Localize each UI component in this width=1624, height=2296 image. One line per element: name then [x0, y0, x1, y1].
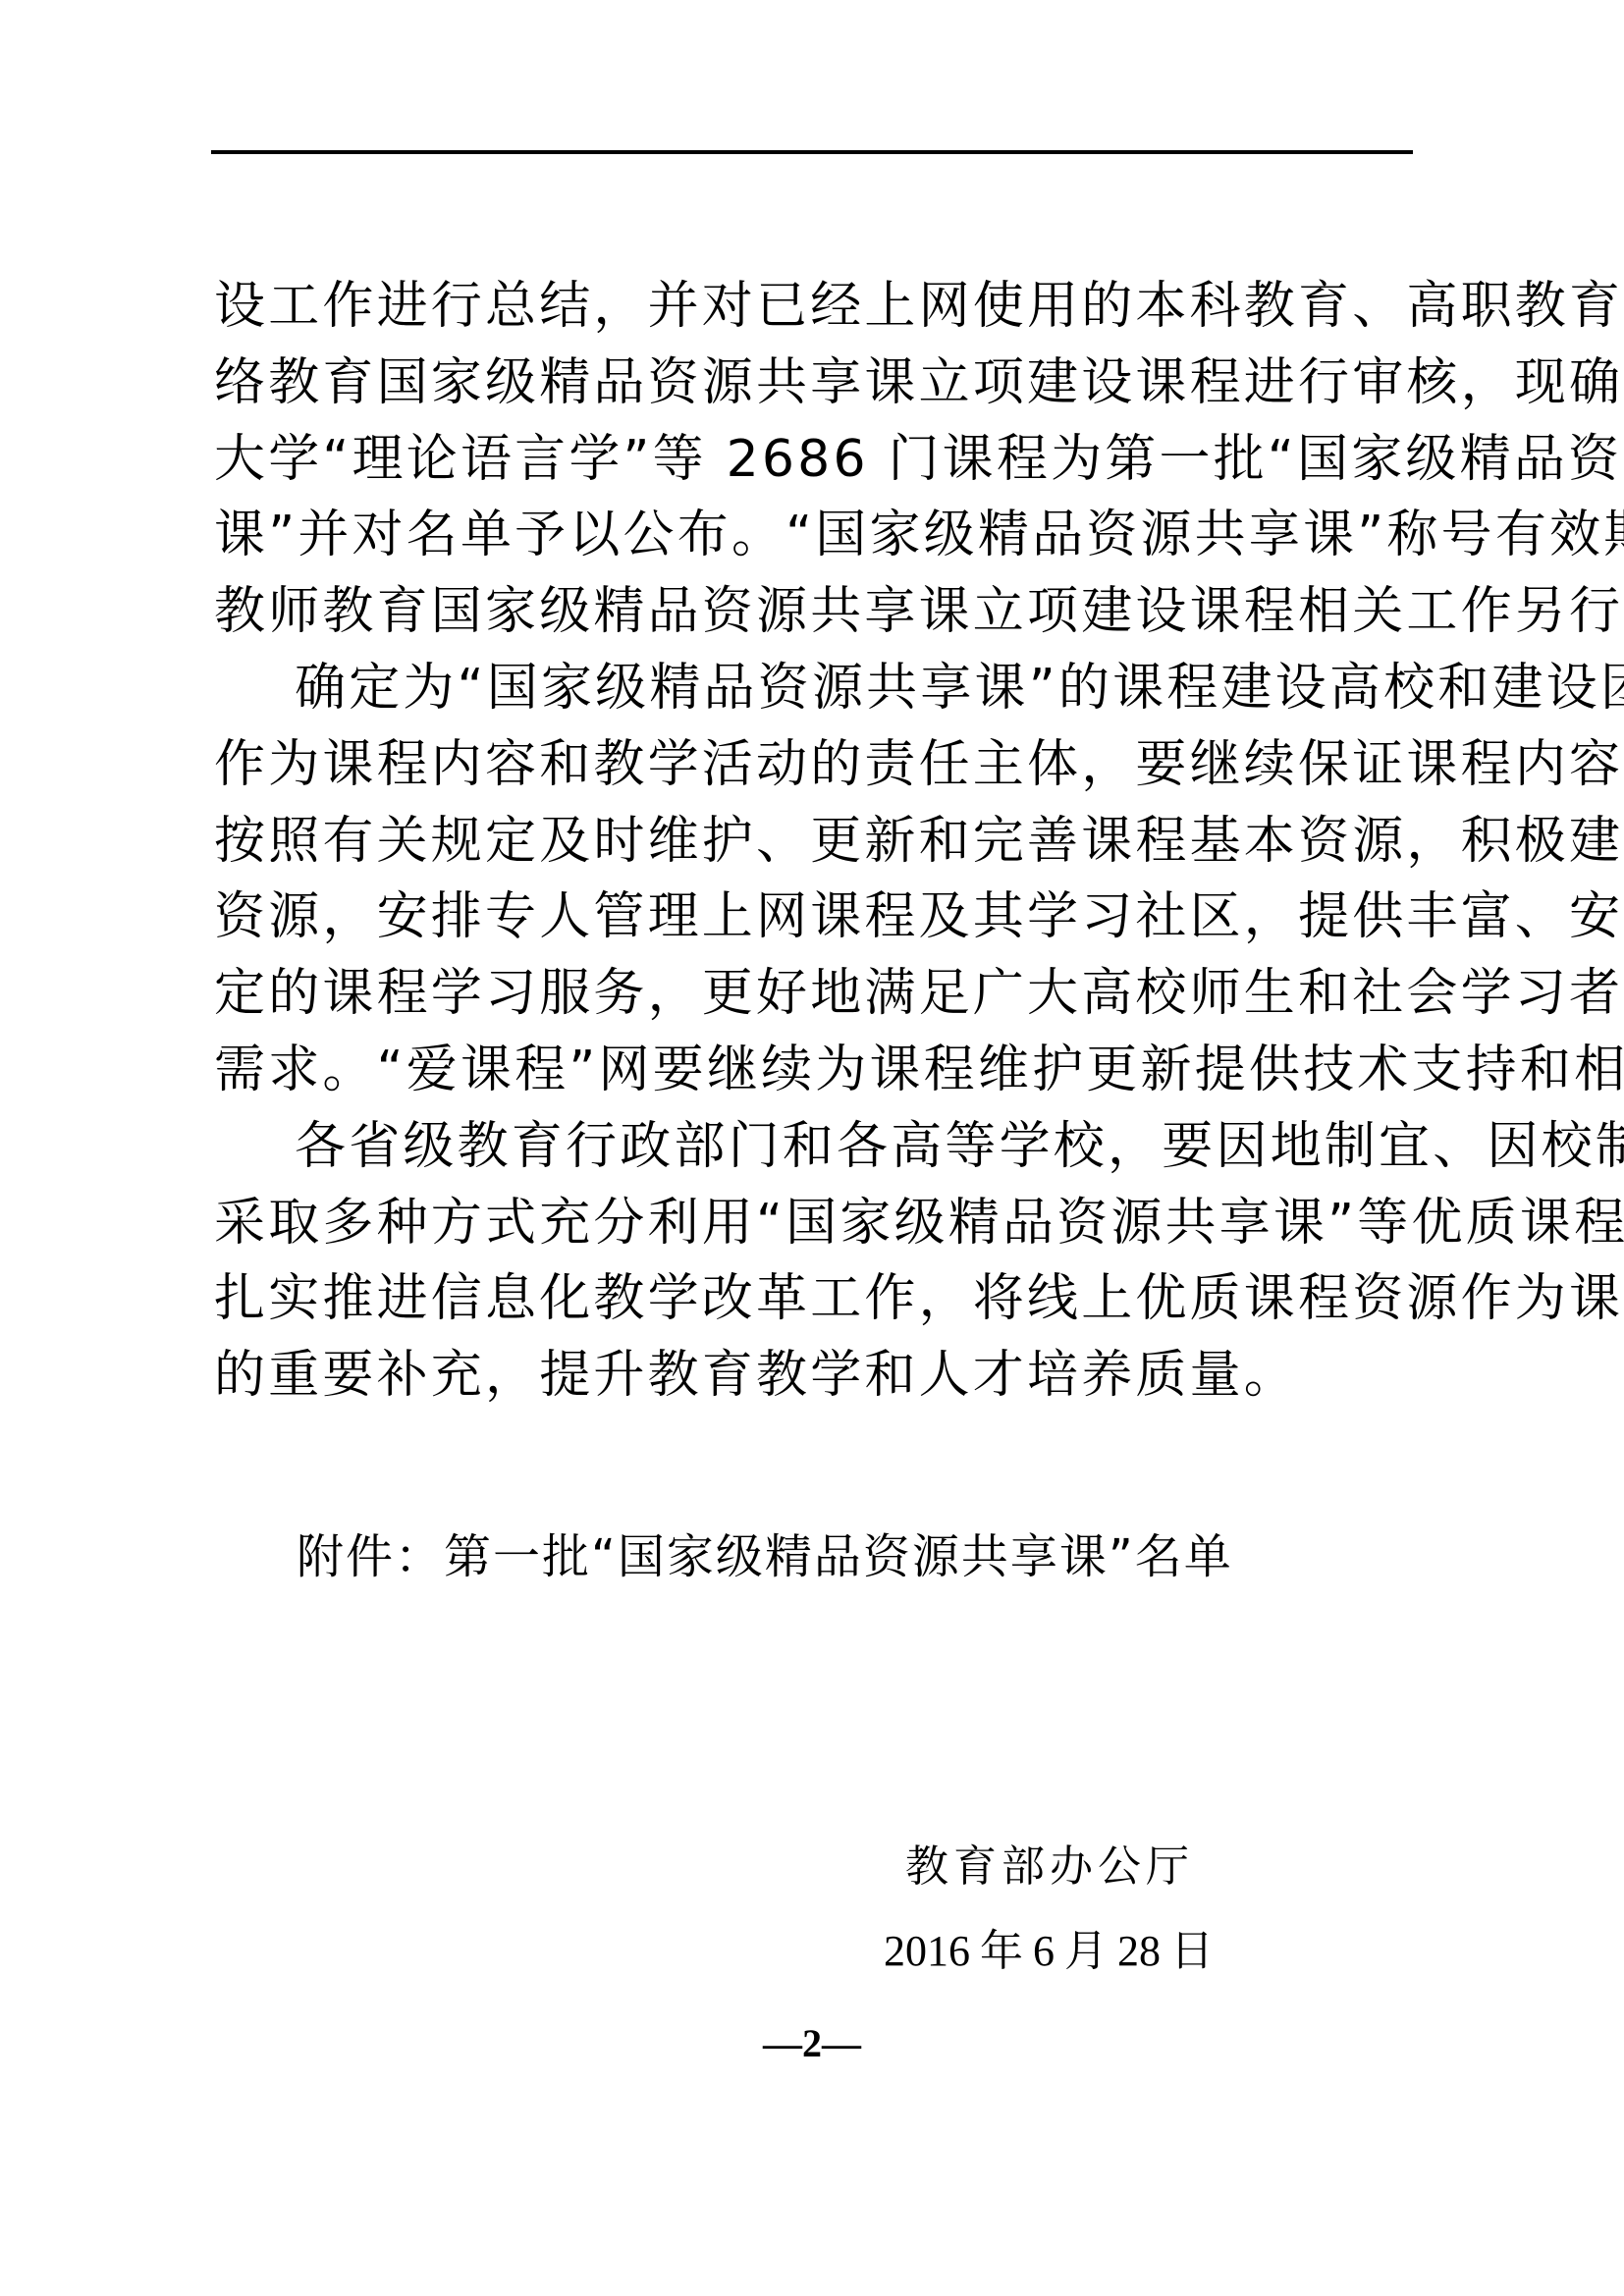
text-line: 的重要补充，提升教育教学和人才培养质量。 — [214, 1338, 1414, 1415]
date-year-unit: 年 — [980, 1927, 1023, 1975]
paragraph-2: 确定为“国家级精品资源共享课”的课程建设高校和建设团队， 作为课程内容和教学活动… — [214, 651, 1414, 1109]
paragraph-3: 各省级教育行政部门和各高等学校，要因地制宜、因校制宜， 采取多种方式充分利用“国… — [214, 1109, 1414, 1415]
text-line: 各省级教育行政部门和各高等学校，要因地制宜、因校制宜， — [214, 1109, 1414, 1186]
issuer-signature: 教育部办公厅 — [905, 1842, 1194, 1893]
text-line: 大学“理论语言学”等 2686 门课程为第一批“国家级精品资源共享 — [214, 422, 1414, 499]
text-line: 扎实推进信息化教学改革工作，将线上优质课程资源作为课堂教学 — [214, 1261, 1414, 1338]
paragraph-1: 设工作进行总结，并对已经上网使用的本科教育、高职教育以及网 络教育国家级精品资源… — [214, 269, 1414, 651]
text-line: 采取多种方式充分利用“国家级精品资源共享课”等优质课程资源， — [214, 1186, 1414, 1262]
text-line: 设工作进行总结，并对已经上网使用的本科教育、高职教育以及网 — [214, 269, 1414, 346]
text-line: 作为课程内容和教学活动的责任主体，要继续保证课程内容质量， — [214, 727, 1414, 804]
date-year: 2016 — [884, 1927, 970, 1975]
header-rule — [211, 150, 1413, 154]
text-line: 课”并对名单予以公布。“国家级精品资源共享课”称号有效期 5 年。 — [214, 498, 1414, 574]
document-body: 设工作进行总结，并对已经上网使用的本科教育、高职教育以及网 络教育国家级精品资源… — [214, 269, 1414, 1415]
date-day-unit: 日 — [1170, 1927, 1214, 1975]
date-day: 28 — [1117, 1927, 1161, 1975]
text-line: 定的课程学习服务，更好地满足广大高校师生和社会学习者的学习 — [214, 956, 1414, 1033]
text-line: 资源，安排专人管理上网课程及其学习社区，提供丰富、安全、稳 — [214, 880, 1414, 956]
date-month-unit: 月 — [1064, 1927, 1108, 1975]
date-month: 6 — [1033, 1927, 1055, 1975]
text-line: 络教育国家级精品资源共享课立项建设课程进行审核，现确定北京 — [214, 346, 1414, 422]
text-line: 需求。“爱课程”网要继续为课程维护更新提供技术支持和相关服务。 — [214, 1033, 1414, 1109]
text-line: 按照有关规定及时维护、更新和完善课程基本资源，积极建设拓展 — [214, 804, 1414, 881]
text-line: 确定为“国家级精品资源共享课”的课程建设高校和建设团队， — [214, 651, 1414, 727]
attachment-note: 附件：第一批“国家级精品资源共享课”名单 — [297, 1529, 1233, 1584]
page-number: —2— — [752, 2022, 872, 2065]
issue-date: 2016年6月28日 — [884, 1926, 1223, 1977]
text-line: 教师教育国家级精品资源共享课立项建设课程相关工作另行安排。 — [214, 574, 1414, 651]
